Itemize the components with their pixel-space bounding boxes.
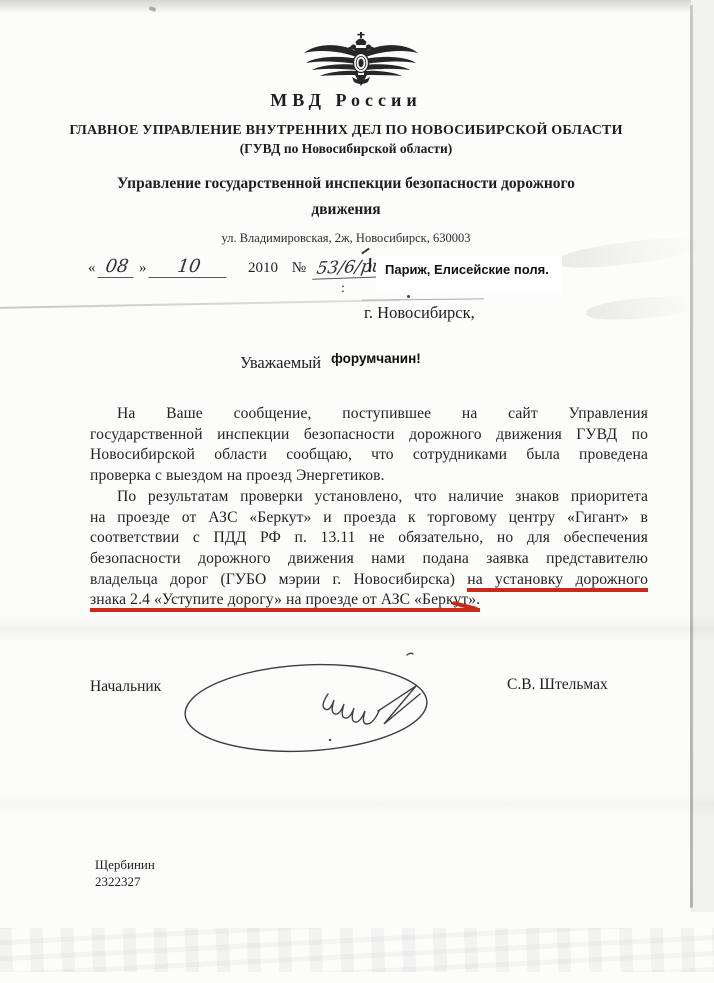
scan-tick-mark [361,248,370,255]
paper-crease-1 [0,616,714,642]
salutation-addressee-overlay: форумчанин! [331,351,421,366]
signer-title: Начальник [90,678,161,696]
body-line: на проезде от АЗС «Беркут» и проезда к т… [90,508,648,529]
red-underlined-text: на установку дорожного [467,571,648,592]
scan-colon-mark: : [341,281,345,297]
body-line: знака 2.4 «Уступите дорогу» на проезде о… [90,590,648,611]
department-line2: (ГУВД по Новосибирской области) [0,141,692,157]
department-line1: ГЛАВНОЕ УПРАВЛЕНИЕ ВНУТРЕННИХ ДЕЛ ПО НОВ… [0,123,692,139]
red-underlined-text: знака 2.4 «Уступите дорогу» на проезде о… [90,591,480,612]
letter-body: На Ваше сообщение, поступившее на сайт У… [90,404,648,611]
executor-name: Щербинин [95,856,155,873]
body-line: государственной инспекции безопасности д… [90,425,648,446]
body-line: соответствии с ПДД РФ п. 13.11 не обязат… [90,528,648,549]
number-sign: № [292,260,306,277]
handwritten-signature-icon [178,644,448,759]
paper-fold-shadow-2 [585,293,704,323]
redaction-note: Париж, Елисейские поля. [376,256,562,277]
letterhead-address: ул. Владимировская, 2ж, Новосибирск, 630… [0,231,692,246]
body-line: владельца дорог (ГУБО мэрии г. Новосибир… [90,570,648,591]
handwritten-month: 10 [149,256,230,278]
body-text: владельца дорог (ГУБО мэрии г. Новосибир… [90,571,455,588]
paper-crease-line [0,299,400,309]
redaction-overlay-box: Париж, Елисейские поля. [376,256,562,293]
quote-close: » [139,260,147,277]
mvd-eagle-emblem-icon [302,32,420,90]
scan-edge-bottom-texture [0,928,714,972]
scanned-letter-page: МВД России ГЛАВНОЕ УПРАВЛЕНИЕ ВНУТРЕННИХ… [0,0,714,983]
covered-address-underline [362,298,484,300]
body-line: проверка с выездом на проезд Энергетиков… [90,466,648,487]
paper-crease-2 [0,792,714,818]
division-title: Управление государственной инспекции без… [86,171,606,223]
body-line: По результатам проверки установлено, что… [90,487,648,508]
agency-title: МВД России [0,90,692,111]
signer-name: С.В. Штельмах [507,676,608,694]
quote-open: « [88,260,96,277]
scan-edge-top [0,0,714,13]
scan-dot-mark [407,295,410,298]
body-line: На Ваше сообщение, поступившее на сайт У… [90,404,648,425]
salutation-prefix: Уважаемый [240,353,321,373]
body-line: безопасности дорожного движения нами под… [90,549,648,570]
recipient-city: г. Новосибирск, [364,303,475,323]
body-line: Новосибирской области сообщаю, что сотру… [90,445,648,466]
executor-block: Щербинин 2322327 [95,856,155,890]
printed-year: 2010 [248,260,278,277]
scan-edge-right-area [691,0,714,912]
handwritten-day: 08 [98,256,137,278]
executor-phone: 2322327 [95,873,155,890]
